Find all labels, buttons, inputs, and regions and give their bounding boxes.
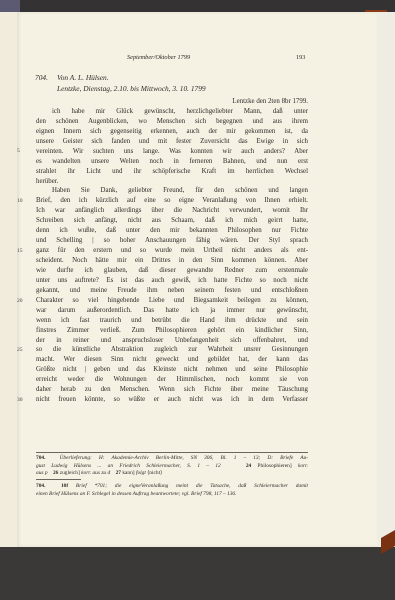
running-header: September/Oktober 1799 (127, 54, 190, 61)
apparatus-note: korr. aus zu d (81, 470, 110, 476)
line-number: 5 (17, 148, 20, 154)
text-line: nicht freuen könnte, so wüßte er auch ni… (36, 395, 308, 405)
commentary-line: einen Brief Hülsens an F. Schlegel in de… (36, 491, 308, 499)
text-line: scheident. Noch hätte mir ein Drittes in… (36, 256, 308, 266)
text-line: ganz für den erstern und so wurde mein U… (36, 246, 308, 256)
text-line: strahlet ihr Licht und ihr schöpferische… (36, 167, 308, 177)
line-number: 25 (17, 347, 23, 353)
apparatus-line: Überlieferung: H: Akademie-Archiv Berlin… (60, 455, 309, 461)
text-line: Brief, den ich kürzlich auf eine so eign… (36, 196, 308, 206)
apparatus-note: korr. (298, 463, 308, 469)
text-line: unter uns auftrete? Es ist das auch gewi… (36, 276, 308, 286)
letter-heading: 704.Von A. L. Hülsen. Lentzke, Dienstag,… (35, 72, 206, 94)
line-ref: 26 (53, 470, 58, 476)
lemma: zugleich] (60, 470, 80, 476)
commentary-rule (36, 479, 81, 480)
apparatus-rule (36, 452, 308, 453)
commentary-line: Brief *701; die eigneVeranlaßung meint d… (76, 483, 308, 489)
text-line: herüber. (36, 177, 308, 187)
dateline: Lentzke den 2ten 8br 1799. (36, 97, 308, 107)
text-line: erreicht weder die Wohnungen der Himmlis… (36, 375, 308, 385)
letter-sender: Von A. L. Hülsen. (57, 73, 109, 82)
text-line: Schreiben sich anfängt, nicht aus Schaam… (36, 216, 308, 226)
commentary-number: 704. (36, 483, 45, 489)
text-line: vereinten. Wir suchten uns lange. Was ko… (36, 147, 308, 157)
textual-apparatus: 704. Überlieferung: H: Akademie-Archiv B… (36, 455, 308, 478)
letter-place-date: Lentzke, Dienstag, 2.10. bis Mittwoch, 3… (35, 83, 206, 94)
apparatus-line: gust Ludwig Hülsens ... an Friedrich Sch… (36, 463, 221, 469)
page-number: 193 (296, 54, 305, 61)
letter-number: 704. (35, 72, 57, 83)
line-number: 15 (17, 248, 23, 254)
text-line: wie durfte ich glauben, daß dieser gewan… (36, 266, 308, 276)
text-line: eignen Innern sich gegenseitig erkennen,… (36, 127, 308, 137)
text-line: den schönen Augenblicken, wo Menschen si… (36, 117, 308, 127)
line-ref: 10f (61, 483, 68, 489)
text-line: und Schelling | so hoher Anschauungen fä… (36, 236, 308, 246)
apparatus-note: ⟨nicht⟩ (147, 470, 162, 476)
text-line: Haben Sie Dank, geliebter Freund, für de… (36, 186, 308, 196)
text-line: unsere Geister sich fanden und mit feste… (36, 137, 308, 147)
text-line: Ich war anfänglich allerdings über die N… (36, 206, 308, 216)
text-line: war darum außerordentlich. Das hatte ich… (36, 306, 308, 316)
line-number: 20 (17, 298, 23, 304)
line-number: 10 (17, 198, 23, 204)
text-line: so die künstliche Abstraktion zugleich z… (36, 345, 308, 355)
text-line: wenn ich fast traurich und betrübt die H… (36, 316, 308, 326)
facing-page-edge (0, 12, 18, 554)
text-line: denn ich wußte, daß unter den mir bekann… (36, 226, 308, 236)
text-line: Charakter so viel hingebende Liebe und B… (36, 296, 308, 306)
apparatus-note: aus p (36, 470, 48, 476)
letter-body: Lentzke den 2ten 8br 1799. ich habe mir … (36, 97, 308, 405)
lemma: kann] (122, 470, 134, 476)
text-line: macht. Wer diesen Sinn nicht geweckt und… (36, 355, 308, 365)
page-stack-edge (377, 12, 395, 552)
text-line: Größte nicht | geben und das Kleinste ni… (36, 365, 308, 375)
commentary: 704. 10f Brief *701; die eigneVeranlaßun… (36, 483, 308, 498)
lemma: Philosophieren] (258, 463, 292, 469)
text-line: ich habe mir Glück gewünscht, herzlichge… (36, 107, 308, 117)
text-line: daher herab zu den Menschen. Wenn sich F… (36, 385, 308, 395)
text-line: es wandelten unsere Welten noch in ferne… (36, 157, 308, 167)
line-number: 30 (17, 397, 23, 403)
apparatus-number: 704. (36, 455, 45, 461)
apparatus-note: folgt (136, 470, 146, 476)
text-line: finstres Zimmer verließ. Zum Philosophie… (36, 326, 308, 336)
line-ref: 24 (246, 463, 251, 469)
line-ref: 27 (116, 470, 121, 476)
text-line: der in reiner und anspruchsloser Unbefan… (36, 336, 308, 346)
text-line: gekannt, und meine Freude ihm neben sein… (36, 286, 308, 296)
background-bottom (0, 547, 395, 600)
